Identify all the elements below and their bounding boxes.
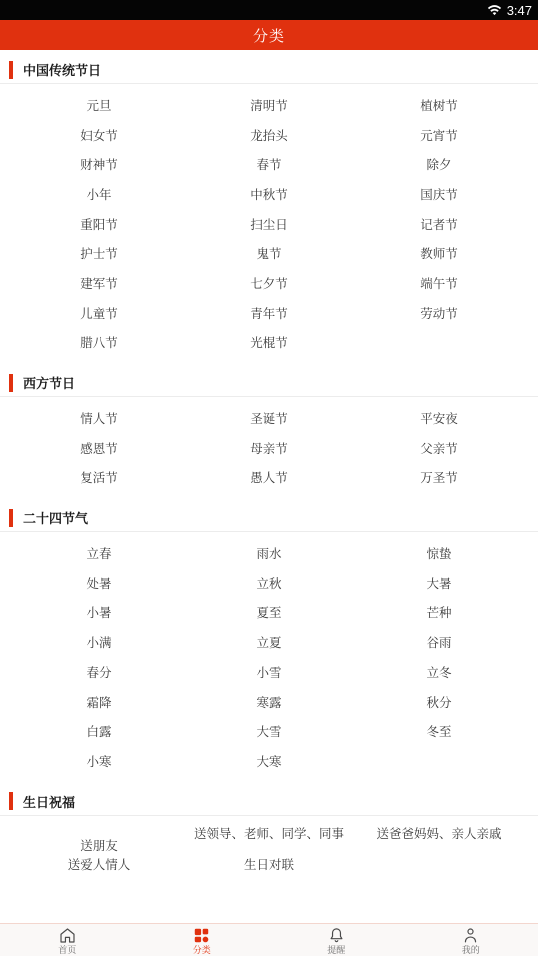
section-title: 生日祝福 <box>23 792 75 811</box>
category-item[interactable]: 芒种 <box>354 598 524 628</box>
section-accent-bar <box>9 509 13 527</box>
status-bar: 3:47 <box>0 0 538 20</box>
category-item[interactable]: 小年 <box>14 179 184 209</box>
category-item[interactable]: 元宵节 <box>354 120 524 150</box>
category-item[interactable]: 大雪 <box>184 716 354 746</box>
category-item[interactable]: 感恩节 <box>14 433 184 463</box>
tab-mine[interactable]: 我的 <box>404 924 538 956</box>
category-item[interactable]: 母亲节 <box>184 433 354 463</box>
category-item[interactable]: 记者节 <box>354 209 524 239</box>
category-item[interactable]: 生日对联 <box>184 849 354 880</box>
status-time: 3:47 <box>507 3 532 18</box>
section-2: 二十四节气立春雨水惊蛰处暑立秋大暑小暑夏至芒种小满立夏谷雨春分小雪立冬霜降寒露秋… <box>0 504 538 776</box>
category-item[interactable]: 送爸爸妈妈、亲人亲戚 <box>354 818 524 849</box>
category-item[interactable]: 春分 <box>14 657 184 687</box>
category-item[interactable]: 夏至 <box>184 598 354 628</box>
category-sections: 中国传统节日元旦清明节植树节妇女节龙抬头元宵节财神节春节除夕小年中秋节国庆节重阳… <box>0 50 538 956</box>
section-accent-bar <box>9 61 13 79</box>
tab-bar: 首页 分类 提醒 我的 <box>0 923 538 956</box>
category-item[interactable]: 七夕节 <box>184 268 354 298</box>
section-header: 中国传统节日 <box>0 56 538 84</box>
section-items: 送朋友送领导、老师、同学、同事送爸爸妈妈、亲人亲戚送爱人情人生日对联 <box>0 816 538 880</box>
category-item[interactable]: 立冬 <box>354 657 524 687</box>
section-items: 元旦清明节植树节妇女节龙抬头元宵节财神节春节除夕小年中秋节国庆节重阳节扫尘日记者… <box>0 84 538 357</box>
category-item[interactable]: 劳动节 <box>354 298 524 328</box>
section-accent-bar <box>9 374 13 392</box>
section-header: 二十四节气 <box>0 504 538 532</box>
category-item[interactable]: 谷雨 <box>354 627 524 657</box>
section-header: 西方节日 <box>0 369 538 397</box>
category-item[interactable]: 处暑 <box>14 568 184 598</box>
category-item[interactable]: 妇女节 <box>14 120 184 150</box>
tab-label: 分类 <box>193 945 211 955</box>
category-item[interactable]: 小满 <box>14 627 184 657</box>
category-item[interactable]: 植树节 <box>354 90 524 120</box>
category-item[interactable]: 寒露 <box>184 687 354 717</box>
category-item[interactable]: 清明节 <box>184 90 354 120</box>
category-item[interactable]: 小暑 <box>14 598 184 628</box>
home-icon <box>58 926 77 945</box>
category-item[interactable]: 春节 <box>184 149 354 179</box>
section-items: 立春雨水惊蛰处暑立秋大暑小暑夏至芒种小满立夏谷雨春分小雪立冬霜降寒露秋分白露大雪… <box>0 532 538 776</box>
category-item[interactable]: 立夏 <box>184 627 354 657</box>
section-1: 西方节日情人节圣诞节平安夜感恩节母亲节父亲节复活节愚人节万圣节 <box>0 369 538 492</box>
bell-icon <box>327 926 346 945</box>
app-screen: 3:47 分类 中国传统节日元旦清明节植树节妇女节龙抬头元宵节财神节春节除夕小年… <box>0 0 538 956</box>
page-title: 分类 <box>253 25 285 46</box>
tab-reminder[interactable]: 提醒 <box>269 924 404 956</box>
category-item[interactable]: 重阳节 <box>14 209 184 239</box>
category-item[interactable]: 除夕 <box>354 149 524 179</box>
section-title: 西方节日 <box>23 373 75 392</box>
category-item[interactable]: 平安夜 <box>354 403 524 433</box>
person-icon <box>461 926 480 945</box>
category-item[interactable]: 护士节 <box>14 238 184 268</box>
category-item[interactable]: 霜降 <box>14 687 184 717</box>
section-header: 生日祝福 <box>0 788 538 816</box>
category-item[interactable]: 立春 <box>14 538 184 568</box>
tab-label: 提醒 <box>327 945 345 955</box>
section-accent-bar <box>9 792 13 810</box>
category-item[interactable]: 立秋 <box>184 568 354 598</box>
category-item[interactable]: 情人节 <box>14 403 184 433</box>
category-item[interactable]: 中秋节 <box>184 179 354 209</box>
category-item[interactable]: 冬至 <box>354 716 524 746</box>
app-bar: 分类 <box>0 20 538 50</box>
category-item[interactable]: 财神节 <box>14 149 184 179</box>
category-item[interactable]: 青年节 <box>184 298 354 328</box>
category-item[interactable]: 愚人节 <box>184 463 354 493</box>
category-item[interactable]: 扫尘日 <box>184 209 354 239</box>
category-item[interactable]: 白露 <box>14 716 184 746</box>
category-item[interactable]: 光棍节 <box>184 328 354 358</box>
category-item[interactable]: 复活节 <box>14 463 184 493</box>
category-icon <box>192 926 211 945</box>
category-item[interactable]: 雨水 <box>184 538 354 568</box>
category-item[interactable]: 秋分 <box>354 687 524 717</box>
tab-label: 首页 <box>58 945 76 955</box>
category-item[interactable]: 父亲节 <box>354 433 524 463</box>
category-item[interactable]: 龙抬头 <box>184 120 354 150</box>
section-title: 中国传统节日 <box>23 60 101 79</box>
category-item[interactable]: 惊蛰 <box>354 538 524 568</box>
category-item[interactable]: 送领导、老师、同学、同事 <box>184 818 354 849</box>
section-items: 情人节圣诞节平安夜感恩节母亲节父亲节复活节愚人节万圣节 <box>0 397 538 492</box>
tab-label: 我的 <box>462 945 480 955</box>
category-item[interactable]: 鬼节 <box>184 238 354 268</box>
category-item[interactable]: 大暑 <box>354 568 524 598</box>
category-item[interactable]: 送朋友 <box>14 830 184 861</box>
section-title: 二十四节气 <box>23 508 88 527</box>
category-item[interactable]: 大寒 <box>184 746 354 776</box>
category-item[interactable]: 小雪 <box>184 657 354 687</box>
category-item[interactable]: 圣诞节 <box>184 403 354 433</box>
category-item[interactable]: 元旦 <box>14 90 184 120</box>
category-item[interactable]: 腊八节 <box>14 328 184 358</box>
wifi-icon <box>487 4 502 16</box>
category-item[interactable]: 端午节 <box>354 268 524 298</box>
category-item[interactable]: 小寒 <box>14 746 184 776</box>
tab-category[interactable]: 分类 <box>135 924 270 956</box>
section-0: 中国传统节日元旦清明节植树节妇女节龙抬头元宵节财神节春节除夕小年中秋节国庆节重阳… <box>0 56 538 357</box>
section-3: 生日祝福送朋友送领导、老师、同学、同事送爸爸妈妈、亲人亲戚送爱人情人生日对联 <box>0 788 538 880</box>
tab-home[interactable]: 首页 <box>0 924 135 956</box>
category-item[interactable]: 教师节 <box>354 238 524 268</box>
category-item[interactable]: 建军节 <box>14 268 184 298</box>
category-item[interactable]: 国庆节 <box>354 179 524 209</box>
category-item[interactable]: 万圣节 <box>354 463 524 493</box>
category-item[interactable]: 儿童节 <box>14 298 184 328</box>
